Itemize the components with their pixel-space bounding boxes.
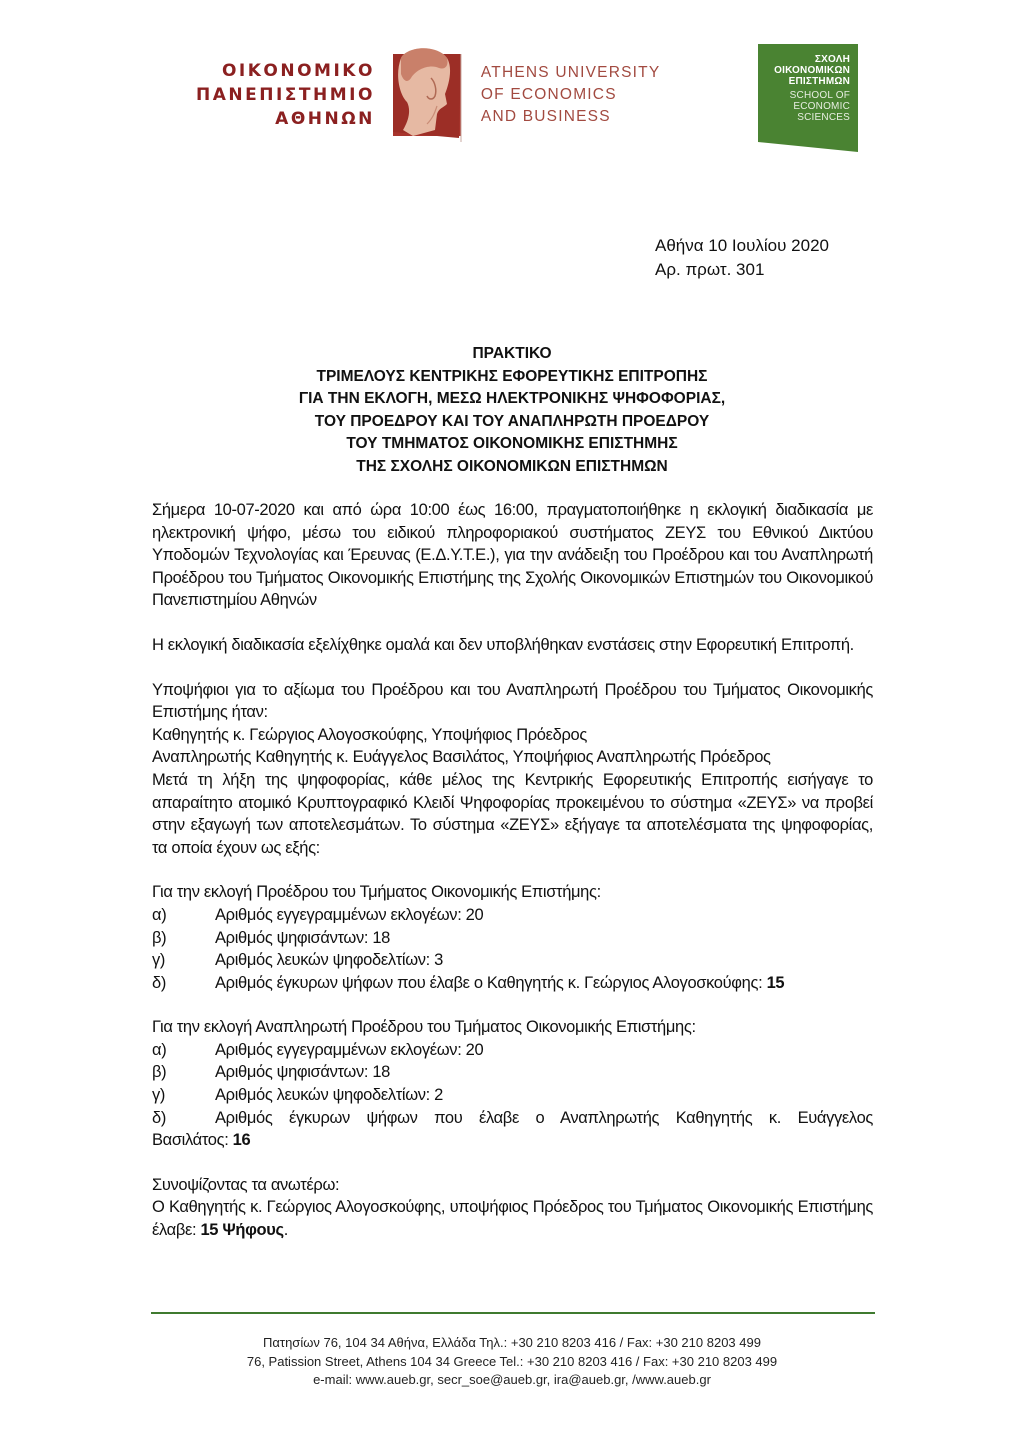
candidates-intro: Υποψήφιοι για το αξίωμα του Προέδρου και… — [152, 679, 873, 724]
aueb-greek-line: ΠΑΝΕΠΙΣΤΗΜΙΟ — [196, 83, 375, 107]
footer-address-english: 76, Patission Street, Athens 104 34 Gree… — [150, 1353, 874, 1372]
footer-contact: e-mail: www.aueb.gr, secr_soe@aueb.gr, i… — [150, 1371, 874, 1390]
title-line: ΠΡΑΚΤΙΚΟ — [150, 343, 874, 366]
result-text: Αριθμός εγγεγραμμένων εκλογέων: 20 — [215, 904, 873, 927]
result-label: β) — [152, 1061, 215, 1084]
result-item: β) Αριθμός ψηφισάντων: 18 — [152, 1061, 873, 1084]
summary-heading: Συνοψίζοντας τα ανωτέρω: — [152, 1174, 873, 1197]
result-item: δ) Αριθμός έγκυρων ψήφων που έλαβε ο Ανα… — [152, 1107, 873, 1130]
result-text: Αριθμός λευκών ψηφοδελτίων: 2 — [215, 1084, 873, 1107]
result-item: δ) Αριθμός έγκυρων ψήφων που έλαβε ο Καθ… — [152, 972, 873, 995]
after-vote-paragraph: Μετά τη λήξη της ψηφοφορίας, κάθε μέλος … — [152, 769, 873, 859]
footer-address-greek: Πατησίων 76, 104 34 Αθήνα, Ελλάδα Τηλ.: … — [150, 1334, 874, 1353]
result-text: Αριθμός ψηφισάντων: 18 — [215, 927, 873, 950]
summary-votes: 15 Ψήφους — [200, 1221, 283, 1239]
result-text: Αριθμός εγγεγραμμένων εκλογέων: 20 — [215, 1039, 873, 1062]
school-logo-text: ΣΧΟΛΗ ΟΙΚΟΝΟΜΙΚΩΝ ΕΠΙΣΤΗΜΩΝ SCHOOL OF EC… — [774, 54, 850, 123]
result-text: Αριθμός λευκών ψηφοδελτίων: 3 — [215, 949, 873, 972]
result-item: α) Αριθμός εγγεγραμμένων εκλογέων: 20 — [152, 1039, 873, 1062]
aueb-logo: ΟΙΚΟΝΟΜΙΚΟ ΠΑΝΕΠΙΣΤΗΜΙΟ ΑΘΗΝΩΝ ATHENS UN… — [196, 45, 660, 145]
intro-paragraph: Σήμερα 10-07-2020 και από ώρα 10:00 έως … — [152, 499, 873, 612]
result-text: Αριθμός έγκυρων ψήφων που έλαβε ο Αναπλη… — [215, 1107, 873, 1130]
footer: Πατησίων 76, 104 34 Αθήνα, Ελλάδα Τηλ.: … — [150, 1334, 874, 1390]
result-item: α) Αριθμός εγγεγραμμένων εκλογέων: 20 — [152, 904, 873, 927]
result-label: α) — [152, 904, 215, 927]
document-body: Σήμερα 10-07-2020 και από ώρα 10:00 έως … — [152, 499, 873, 1242]
vice-results-heading: Για την εκλογή Αναπληρωτή Προέδρου του Τ… — [152, 1016, 873, 1039]
result-label: δ) — [152, 1107, 215, 1130]
footer-divider — [151, 1312, 875, 1314]
result-label: γ) — [152, 1084, 215, 1107]
result-label: δ) — [152, 972, 215, 995]
document-date: Αθήνα 10 Ιουλίου 2020 — [655, 234, 829, 258]
school-greek-line: ΕΠΙΣΤΗΜΩΝ — [774, 76, 850, 87]
hermes-bust-icon — [387, 46, 467, 144]
title-line: ΓΙΑ ΤΗΝ ΕΚΛΟΓΗ, ΜΕΣΩ ΗΛΕΚΤΡΟΝΙΚΗΣ ΨΗΦΟΦΟ… — [150, 388, 874, 411]
title-line: ΤΟΥ ΠΡΟΕΔΡΟΥ ΚΑΙ ΤΟΥ ΑΝΑΠΛΗΡΩΤΗ ΠΡΟΕΔΡΟΥ — [150, 411, 874, 434]
aueb-greek-line: ΑΘΗΝΩΝ — [196, 107, 375, 131]
president-results-list: α) Αριθμός εγγεγραμμένων εκλογέων: 20 β)… — [152, 904, 873, 994]
aueb-english-line: OF ECONOMICS — [481, 84, 660, 106]
result-label: γ) — [152, 949, 215, 972]
date-block: Αθήνα 10 Ιουλίου 2020 Αρ. πρωτ. 301 — [655, 234, 829, 282]
title-line: ΤΡΙΜΕΛΟΥΣ ΚΕΝΤΡΙΚΗΣ ΕΦΟΡΕΥΤΙΚΗΣ ΕΠΙΤΡΟΠΗ… — [150, 366, 874, 389]
result-label: β) — [152, 927, 215, 950]
aueb-english-line: AND BUSINESS — [481, 106, 660, 128]
aueb-greek-line: ΟΙΚΟΝΟΜΙΚΟ — [196, 59, 375, 83]
school-english-line: ECONOMIC — [774, 101, 850, 112]
school-logo: ΣΧΟΛΗ ΟΙΚΟΝΟΜΙΚΩΝ ΕΠΙΣΤΗΜΩΝ SCHOOL OF EC… — [758, 44, 858, 152]
process-paragraph: Η εκλογική διαδικασία εξελίχθηκε ομαλά κ… — [152, 634, 873, 657]
result-item: β) Αριθμός ψηφισάντων: 18 — [152, 927, 873, 950]
school-english-line: SCHOOL OF — [774, 90, 850, 101]
vice-president-votes: 16 — [233, 1131, 251, 1149]
president-results-heading: Για την εκλογή Προέδρου του Τμήματος Οικ… — [152, 881, 873, 904]
school-greek-line: ΣΧΟΛΗ — [774, 54, 850, 65]
result-continuation: Βασιλάτος: 16 — [152, 1129, 873, 1152]
school-english-line: SCIENCES — [774, 112, 850, 123]
summary-text: Ο Καθηγητής κ. Γεώργιος Αλογοσκούφης, υπ… — [152, 1196, 873, 1241]
aueb-english-line: ATHENS UNIVERSITY — [481, 62, 660, 84]
result-text: Αριθμός έγκυρων ψήφων που έλαβε ο Καθηγη… — [215, 972, 873, 995]
result-label: α) — [152, 1039, 215, 1062]
candidate-vice-president: Αναπληρωτής Καθηγητής κ. Ευάγγελος Βασιλ… — [152, 746, 873, 769]
result-text: Αριθμός ψηφισάντων: 18 — [215, 1061, 873, 1084]
result-item: γ) Αριθμός λευκών ψηφοδελτίων: 2 — [152, 1084, 873, 1107]
aueb-logo-english: ATHENS UNIVERSITY OF ECONOMICS AND BUSIN… — [481, 62, 660, 128]
candidate-president: Καθηγητής κ. Γεώργιος Αλογοσκούφης, Υποψ… — [152, 724, 873, 747]
protocol-number: Αρ. πρωτ. 301 — [655, 258, 829, 282]
school-greek-line: ΟΙΚΟΝΟΜΙΚΩΝ — [774, 65, 850, 76]
title-line: ΤΗΣ ΣΧΟΛΗΣ ΟΙΚΟΝΟΜΙΚΩΝ ΕΠΙΣΤΗΜΩΝ — [150, 456, 874, 479]
president-votes: 15 — [767, 974, 785, 992]
result-item: γ) Αριθμός λευκών ψηφοδελτίων: 3 — [152, 949, 873, 972]
document-title: ΠΡΑΚΤΙΚΟ ΤΡΙΜΕΛΟΥΣ ΚΕΝΤΡΙΚΗΣ ΕΦΟΡΕΥΤΙΚΗΣ… — [150, 343, 874, 479]
vice-results-list: α) Αριθμός εγγεγραμμένων εκλογέων: 20 β)… — [152, 1039, 873, 1152]
title-line: ΤΟΥ ΤΜΗΜΑΤΟΣ ΟΙΚΟΝΟΜΙΚΗΣ ΕΠΙΣΤΗΜΗΣ — [150, 433, 874, 456]
aueb-logo-greek: ΟΙΚΟΝΟΜΙΚΟ ΠΑΝΕΠΙΣΤΗΜΙΟ ΑΘΗΝΩΝ — [196, 59, 375, 131]
